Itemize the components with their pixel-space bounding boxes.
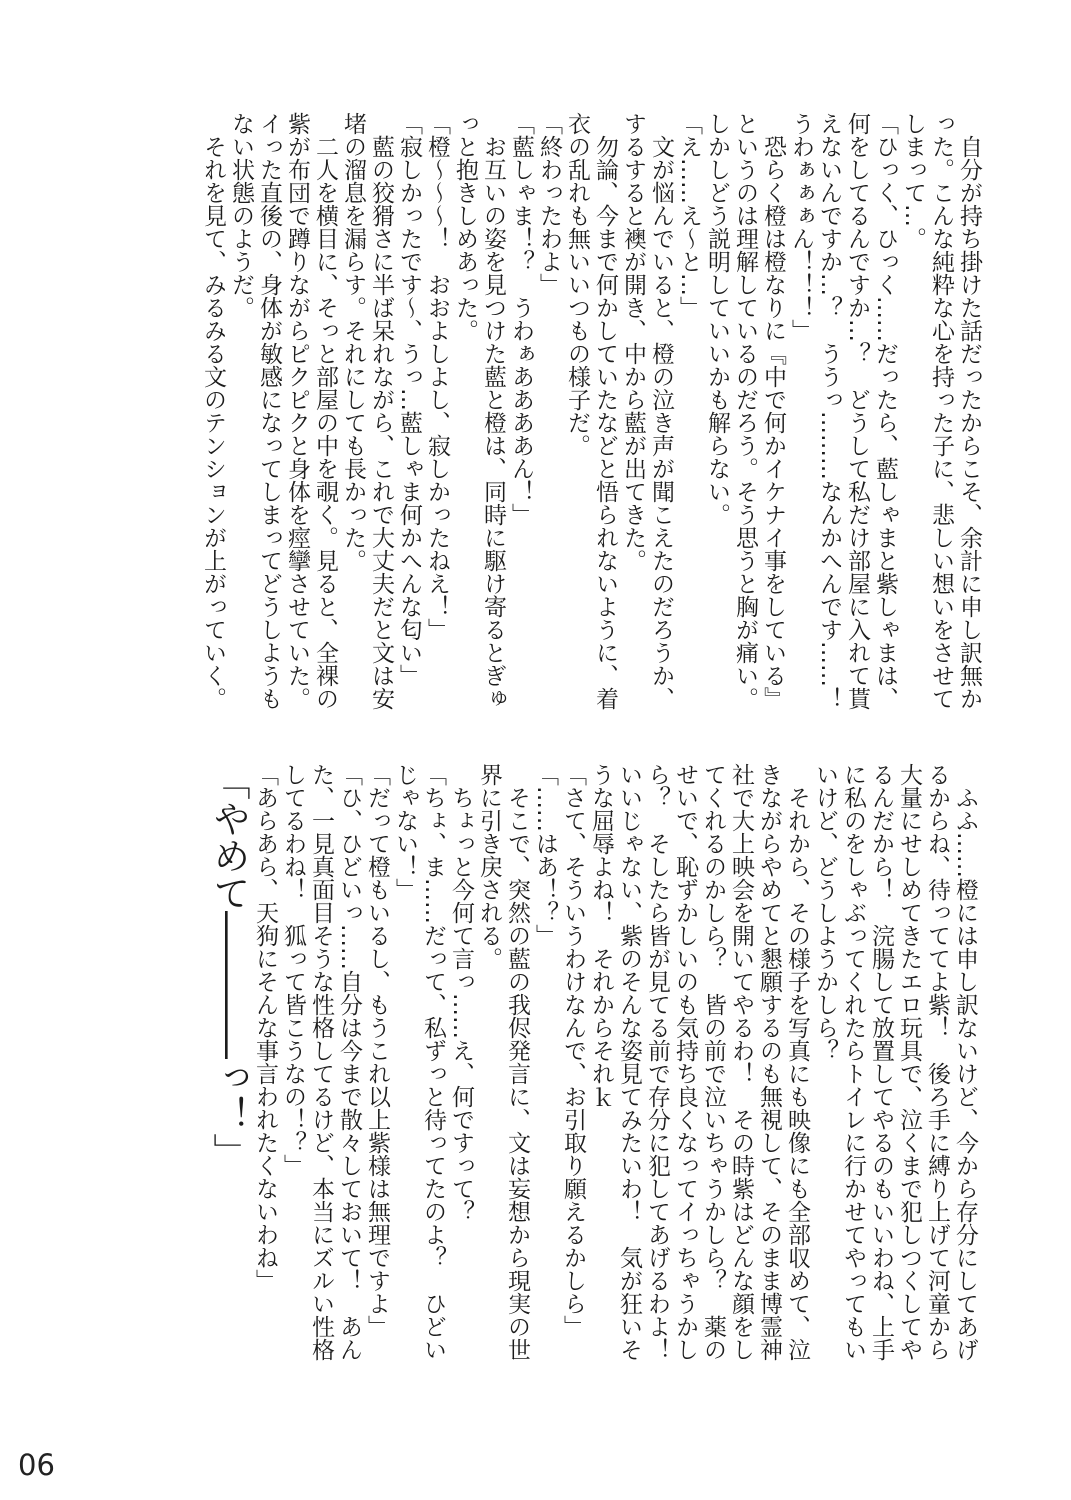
paragraph: それから、その様子を写真にも映像にも全部収めて、泣きながらやめてと懇願するのも無… <box>587 763 811 1375</box>
paragraph: 「橙〜〜〜！ おおよしよし、寂しかったねえ！」 <box>423 112 451 724</box>
paragraph: 文が悩んでいると、橙の泣き声が聞こえたのだろうか、するすると襖が開き、中から藍が… <box>619 112 675 724</box>
paragraph: 勿論、今まで何かしていたなどと悟られないように、着衣の乱れも無いいつもの様子だ。 <box>563 112 619 724</box>
paragraph: 「……はあ！？」 <box>531 763 559 1375</box>
document-page: 自分が持ち掛けた話だったからこそ、余計に申し訳無かった。こんな純粋な心を持った子… <box>0 0 1071 1500</box>
upper-text-block: 自分が持ち掛けた話だったからこそ、余計に申し訳無かった。こんな純粋な心を持った子… <box>199 112 983 724</box>
paragraph: 恐らく橙は橙なりに『中で何かイケナイ事をしている』というのは理解しているのだろう… <box>703 112 787 724</box>
paragraph: 「ちょ、ま……だって、私ずっと待ってたのよ？ ひどいじゃない！」 <box>391 763 447 1375</box>
paragraph: 「ひっく、ひっく……だったら、藍しゃまと紫しゃまは、何をしてるんですか…？ どう… <box>787 112 899 724</box>
paragraph: お互いの姿を見つけた藍と橙は、同時に駆け寄るとぎゅっと抱きしめあった。 <box>451 112 507 724</box>
paragraph: 「あらあら、天狗にそんな事言われたくないわね」 <box>251 763 279 1375</box>
page-number: 06 <box>18 1448 55 1482</box>
paragraph: 二人を横目に、そっと部屋の中を覗く。見ると、全裸の紫が布団で蹲りながらピクピクと… <box>227 112 339 724</box>
paragraph: 「終わったわよ」 <box>535 112 563 724</box>
paragraph: 藍の狡猾さに半ば呆れながら、これで大丈夫だと文は安堵の溜息を漏らす。それにしても… <box>339 112 395 724</box>
paragraph: そこで、突然の藍の我侭発言に、文は妄想から現実の世界に引き戻される。 <box>475 763 531 1375</box>
paragraph: 「え……え〜と…」 <box>675 112 703 724</box>
paragraph: ちょっと今何て言っ……え、何ですって？ <box>447 763 475 1375</box>
paragraph: 「さて、そういうわけなんで、お引取り願えるかしら」 <box>559 763 587 1375</box>
paragraph: 「ひ、ひどいっ……自分は今まで散々しておいて！ あんた、一見真面目そうな性格して… <box>279 763 363 1375</box>
paragraph: ふふ……橙には申し訳ないけど、今から存分にしてあげるからね、待っててよ紫！ 後ろ… <box>811 763 979 1375</box>
paragraph: それを見て、みるみる文のテンションが上がっていく。 <box>199 112 227 724</box>
paragraph: 自分が持ち掛けた話だったからこそ、余計に申し訳無かった。こんな純粋な心を持った子… <box>899 112 983 724</box>
lower-text-block: ふふ……橙には申し訳ないけど、今から存分にしてあげるからね、待っててよ紫！ 後ろ… <box>205 763 979 1375</box>
paragraph: 「藍しゃま！？ うわぁああああん！」 <box>507 112 535 724</box>
paragraph: 「寂しかったです〜、うっ…藍しゃま何かへんな匂い」 <box>395 112 423 724</box>
paragraph: 「やめて――――っ！」 <box>205 763 251 1375</box>
paragraph: 「だって橙もいるし、もうこれ以上紫様は無理ですよ」 <box>363 763 391 1375</box>
